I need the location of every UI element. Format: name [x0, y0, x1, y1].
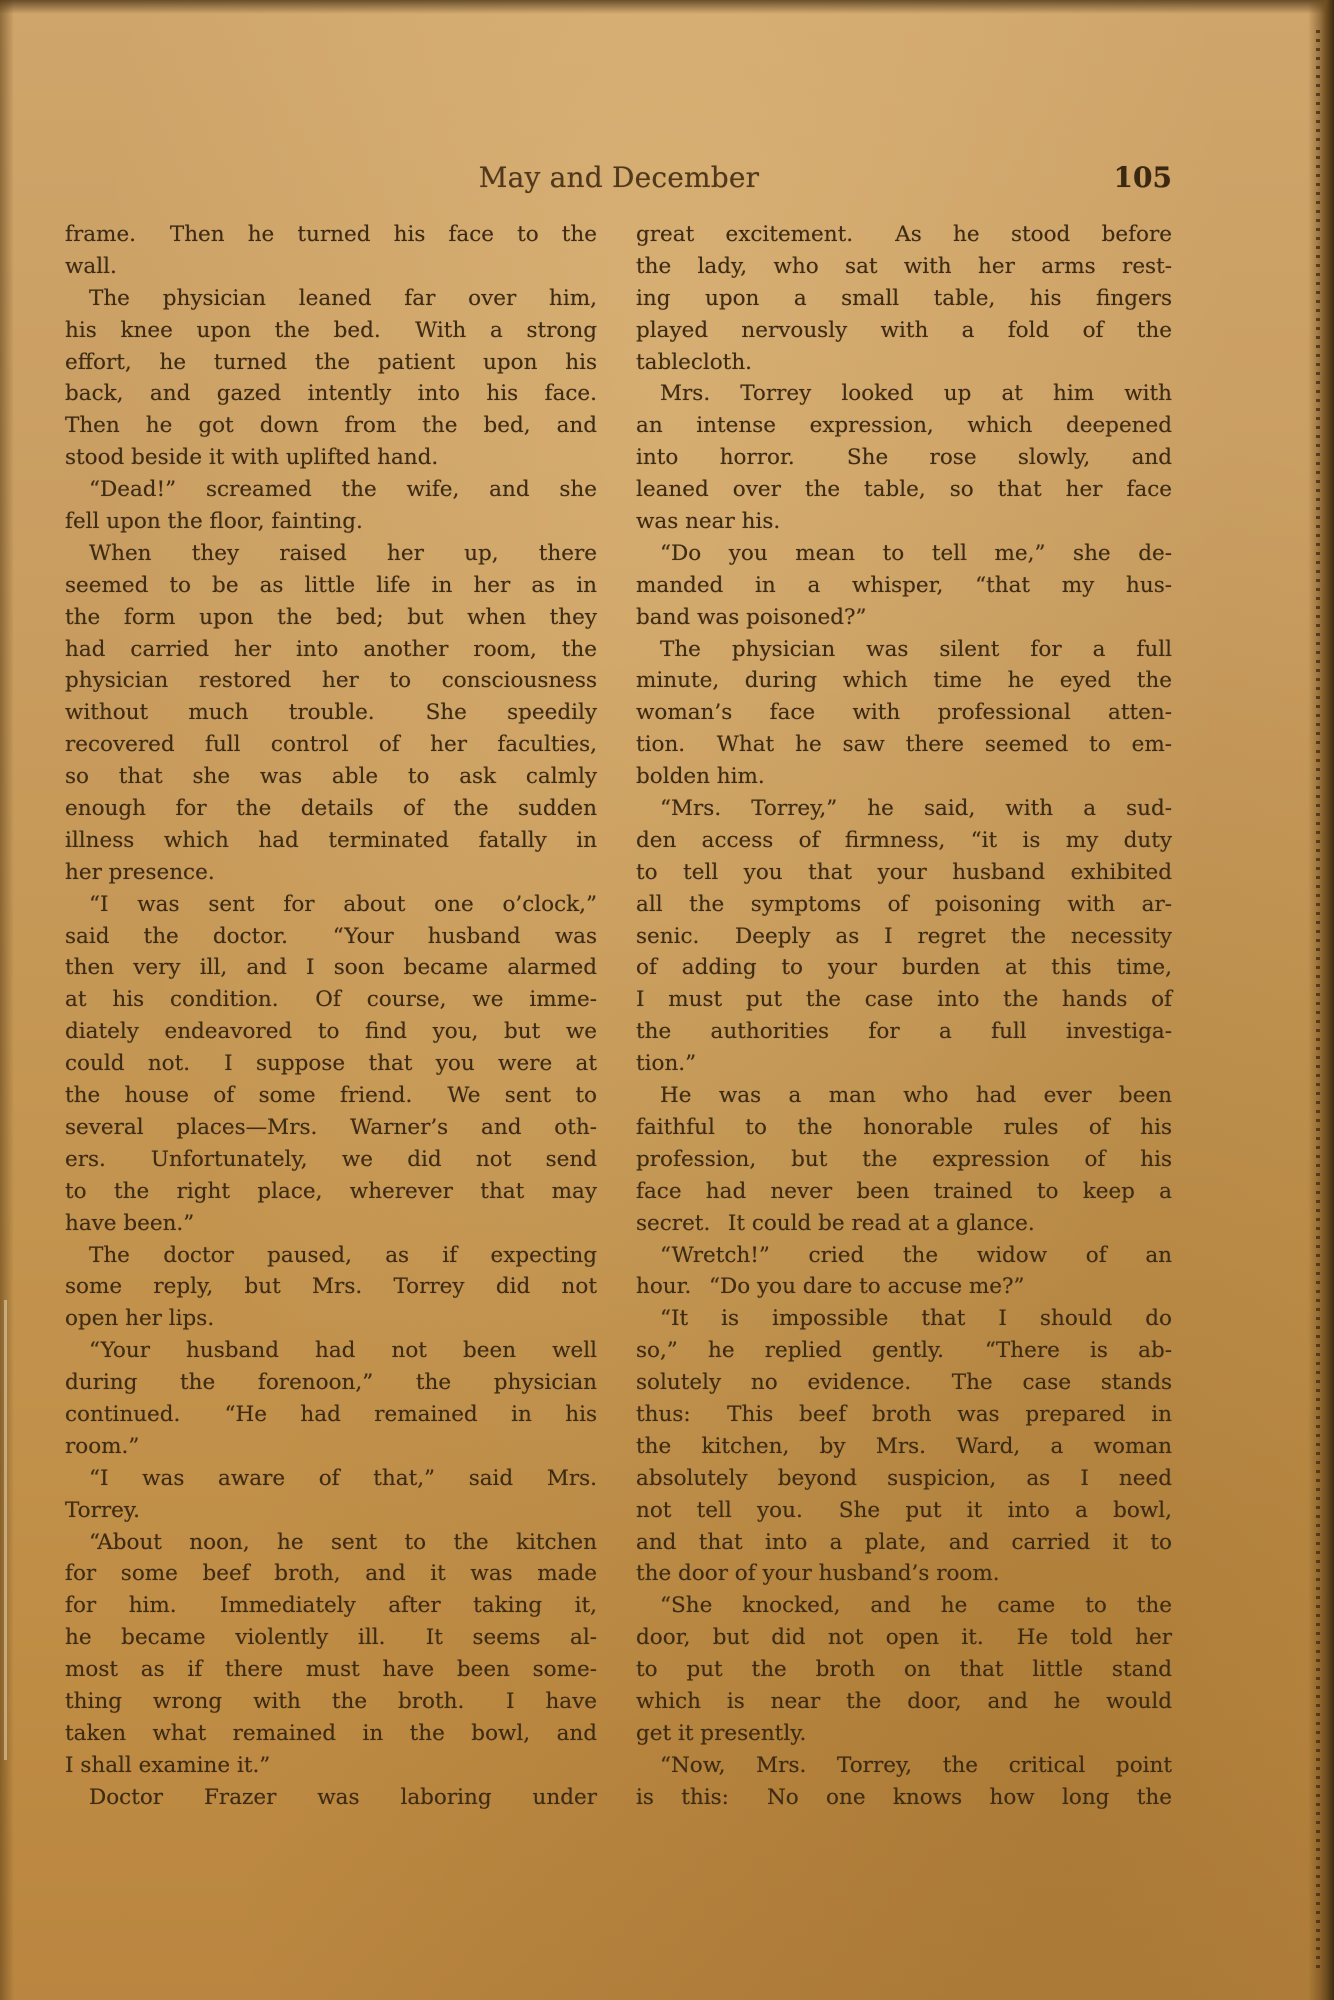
text-line: physician restored her to consciousness	[65, 665, 597, 697]
text-line: had carried her into another room, the	[65, 634, 597, 666]
text-line: the lady, who sat with her arms rest-	[636, 251, 1172, 283]
text-line: so,” he replied gently. “There is ab-	[636, 1335, 1172, 1367]
text-line: enough for the details of the sudden	[65, 793, 597, 825]
text-line: then very ill, and I soon became alarmed	[65, 952, 597, 984]
text-line: hour. “Do you dare to accuse me?”	[636, 1271, 1172, 1303]
text-line: wall.	[65, 251, 597, 283]
text-line: I shall examine it.”	[65, 1750, 597, 1782]
text-line: thus: This beef broth was prepared in	[636, 1399, 1172, 1431]
page-left-edge	[0, 0, 14, 2000]
text-line: “Your husband had not been well	[65, 1335, 597, 1367]
page-number: 105	[1114, 160, 1172, 196]
text-line: ing upon a small table, his fingers	[636, 283, 1172, 315]
text-line: leaned over the table, so that her face	[636, 474, 1172, 506]
text-line: to the right place, wherever that may	[65, 1176, 597, 1208]
right-text-column: great excitement. As he stood beforethe …	[636, 219, 1172, 1814]
text-line: for some beef broth, and it was made	[65, 1558, 597, 1590]
text-line: He was a man who had ever been	[636, 1080, 1172, 1112]
text-line: I must put the case into the hands of	[636, 984, 1172, 1016]
text-line: could not. I suppose that you were at	[65, 1048, 597, 1080]
left-text-column: frame. Then he turned his face to thewal…	[65, 219, 597, 1814]
text-line: frame. Then he turned his face to the	[65, 219, 597, 251]
text-line: “Dead!” screamed the wife, and she	[65, 474, 597, 506]
text-line: of adding to your burden at this time,	[636, 952, 1172, 984]
text-line: manded in a whisper, “that my hus-	[636, 570, 1172, 602]
text-line: the house of some friend. We sent to	[65, 1080, 597, 1112]
text-line: bolden him.	[636, 761, 1172, 793]
text-line: to tell you that your husband exhibited	[636, 857, 1172, 889]
text-line: den access of firmness, “it is my duty	[636, 825, 1172, 857]
text-line: an intense expression, which deepened	[636, 410, 1172, 442]
book-page: May and December 105 frame. Then he turn…	[0, 0, 1334, 2000]
text-line: tion. What he saw there seemed to em-	[636, 729, 1172, 761]
text-line: at his condition. Of course, we imme-	[65, 984, 597, 1016]
text-line: most as if there must have been some-	[65, 1654, 597, 1686]
page-top-shadow	[0, 0, 1334, 14]
text-line: “I was aware of that,” said Mrs.	[65, 1463, 597, 1495]
text-line: “Wretch!” cried the widow of an	[636, 1240, 1172, 1272]
text-line: fell upon the floor, fainting.	[65, 506, 597, 538]
text-line: “Do you mean to tell me,” she de-	[636, 538, 1172, 570]
text-line: not tell you. She put it into a bowl,	[636, 1495, 1172, 1527]
text-line: “She knocked, and he came to the	[636, 1590, 1172, 1622]
text-line: several places—Mrs. Warner’s and oth-	[65, 1112, 597, 1144]
page-binding-edge	[1308, 0, 1334, 2000]
text-line: the form upon the bed; but when they	[65, 602, 597, 634]
text-line: have been.”	[65, 1208, 597, 1240]
text-line: taken what remained in the bowl, and	[65, 1718, 597, 1750]
text-line: so that she was able to ask calmly	[65, 761, 597, 793]
text-line: tablecloth.	[636, 347, 1172, 379]
text-line: stood beside it with uplifted hand.	[65, 442, 597, 474]
text-line: is this: No one knows how long the	[636, 1782, 1172, 1814]
text-line: ers. Unfortunately, we did not send	[65, 1144, 597, 1176]
text-line: face had never been trained to keep a	[636, 1176, 1172, 1208]
text-line: secret. It could be read at a glance.	[636, 1208, 1172, 1240]
text-line: faithful to the honorable rules of his	[636, 1112, 1172, 1144]
text-line: during the forenoon,” the physician	[65, 1367, 597, 1399]
text-line: played nervously with a fold of the	[636, 315, 1172, 347]
text-line: minute, during which time he eyed the	[636, 665, 1172, 697]
text-line: open her lips.	[65, 1303, 597, 1335]
text-line: Then he got down from the bed, and	[65, 410, 597, 442]
text-line: When they raised her up, there	[65, 538, 597, 570]
text-line: great excitement. As he stood before	[636, 219, 1172, 251]
text-line: which is near the door, and he would	[636, 1686, 1172, 1718]
text-line: “It is impossible that I should do	[636, 1303, 1172, 1335]
text-line: diately endeavored to find you, but we	[65, 1016, 597, 1048]
text-line: the authorities for a full investiga-	[636, 1016, 1172, 1048]
text-line: room.”	[65, 1431, 597, 1463]
text-line: “About noon, he sent to the kitchen	[65, 1527, 597, 1559]
text-line: “Now, Mrs. Torrey, the critical point	[636, 1750, 1172, 1782]
text-line: effort, he turned the patient upon his	[65, 347, 597, 379]
text-line: some reply, but Mrs. Torrey did not	[65, 1271, 597, 1303]
text-line: senic. Deeply as I regret the necessity	[636, 921, 1172, 953]
text-line: into horror. She rose slowly, and	[636, 442, 1172, 474]
text-line: tion.”	[636, 1048, 1172, 1080]
text-line: to put the broth on that little stand	[636, 1654, 1172, 1686]
text-line: solutely no evidence. The case stands	[636, 1367, 1172, 1399]
text-line: door, but did not open it. He told her	[636, 1622, 1172, 1654]
text-line: and that into a plate, and carried it to	[636, 1527, 1172, 1559]
text-line: his knee upon the bed. With a strong	[65, 315, 597, 347]
text-line: The doctor paused, as if expecting	[65, 1240, 597, 1272]
text-line: he became violently ill. It seems al-	[65, 1622, 597, 1654]
text-line: thing wrong with the broth. I have	[65, 1686, 597, 1718]
running-head-title: May and December	[66, 160, 1172, 196]
text-line: illness which had terminated fatally in	[65, 825, 597, 857]
running-head: May and December 105	[66, 160, 1172, 196]
text-line: The physician was silent for a full	[636, 634, 1172, 666]
text-line: recovered full control of her faculties,	[65, 729, 597, 761]
text-line: seemed to be as little life in her as in	[65, 570, 597, 602]
text-line: absolutely beyond suspicion, as I need	[636, 1463, 1172, 1495]
text-line: get it presently.	[636, 1718, 1172, 1750]
text-line: the door of your husband’s room.	[636, 1558, 1172, 1590]
text-line: continued. “He had remained in his	[65, 1399, 597, 1431]
text-line: The physician leaned far over him,	[65, 283, 597, 315]
text-line: woman’s face with professional atten-	[636, 697, 1172, 729]
text-line: was near his.	[636, 506, 1172, 538]
text-line: all the symptoms of poisoning with ar-	[636, 889, 1172, 921]
text-line: Torrey.	[65, 1495, 597, 1527]
text-line: profession, but the expression of his	[636, 1144, 1172, 1176]
text-line: Doctor Frazer was laboring under	[65, 1782, 597, 1814]
text-line: said the doctor. “Your husband was	[65, 921, 597, 953]
text-line: without much trouble. She speedily	[65, 697, 597, 729]
text-line: back, and gazed intently into his face.	[65, 378, 597, 410]
text-line: “I was sent for about one o’clock,”	[65, 889, 597, 921]
text-line: her presence.	[65, 857, 597, 889]
text-line: “Mrs. Torrey,” he said, with a sud-	[636, 793, 1172, 825]
text-line: Mrs. Torrey looked up at him with	[636, 378, 1172, 410]
text-line: for him. Immediately after taking it,	[65, 1590, 597, 1622]
text-line: the kitchen, by Mrs. Ward, a woman	[636, 1431, 1172, 1463]
text-line: band was poisoned?”	[636, 602, 1172, 634]
